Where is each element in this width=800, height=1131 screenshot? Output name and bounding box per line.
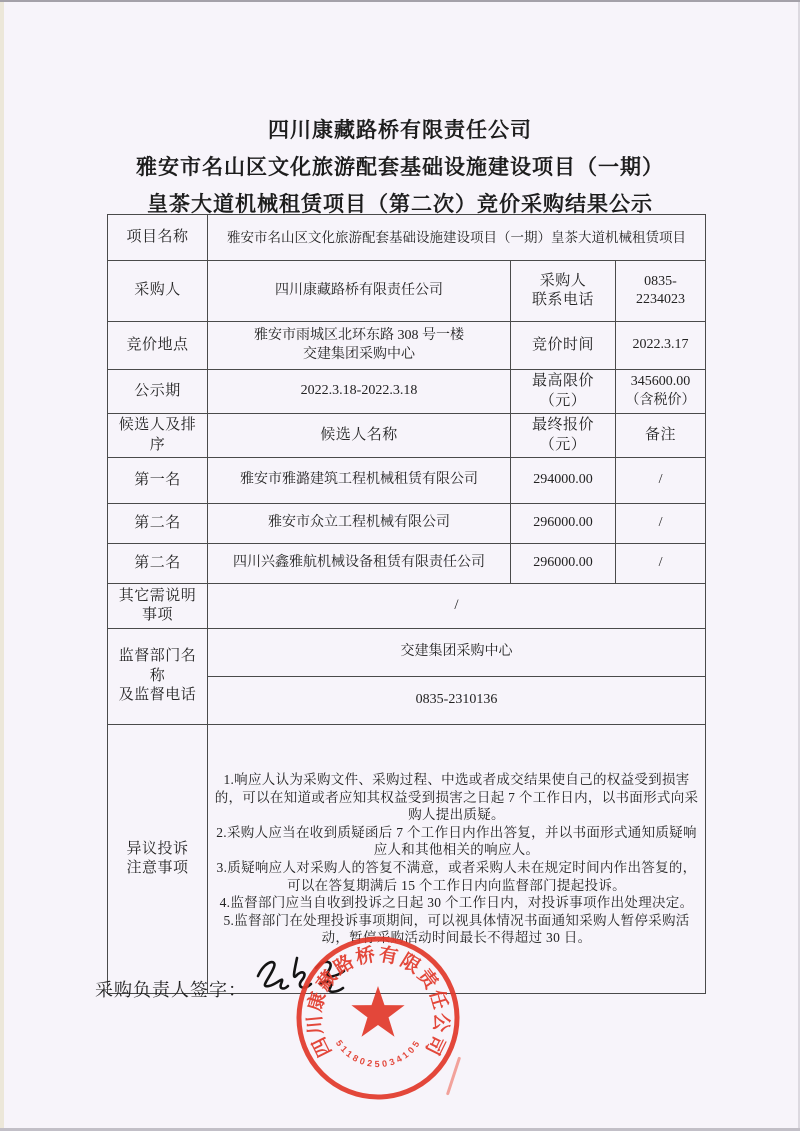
candidate-row: 第二名 雅安市众立工程机械有限公司 296000.00 / <box>108 504 706 544</box>
scan-edge-top <box>0 0 800 2</box>
company-title: 四川康藏路桥有限责任公司 <box>90 112 710 149</box>
purchaser-phone-label: 采购人 联系电话 <box>511 261 616 322</box>
document-titles: 四川康藏路桥有限责任公司 雅安市名山区文化旅游配套基础设施建设项目（一期） 皇茶… <box>90 112 710 223</box>
company-seal: 四川康藏路桥有限责任公司 5118025034105 <box>292 932 464 1104</box>
other-notes-label-line2: 事项 <box>113 606 202 626</box>
note-item: 1.响应人认为采购文件、采购过程、中选或者成交结果使自己的权益受到损害的，可以在… <box>213 771 700 824</box>
objection-notes-label-line1: 异议投诉 <box>113 840 202 860</box>
objection-notes-label: 异议投诉 注意事项 <box>108 725 208 994</box>
candidate-name: 四川兴鑫雅航机械设备租赁有限责任公司 <box>208 544 511 584</box>
supervision-dept-value: 交建集团采购中心 <box>208 629 706 677</box>
scan-edge-left <box>0 0 4 1131</box>
candidate-rank: 第一名 <box>108 458 208 504</box>
project-name-value: 雅安市名山区文化旅游配套基础设施建设项目（一期）皇茶大道机械租赁项目 <box>208 215 706 261</box>
supervision-label: 监督部门名称 及监督电话 <box>108 629 208 725</box>
project-name-label: 项目名称 <box>108 215 208 261</box>
candidate-rank: 第二名 <box>108 504 208 544</box>
max-price-note: （含税价） <box>621 392 700 410</box>
candidate-remark: / <box>616 504 706 544</box>
remark-header: 备注 <box>616 414 706 458</box>
seal-number: 5118025034105 <box>334 1037 423 1069</box>
supervision-label-line2: 及监督电话 <box>113 686 202 706</box>
final-price-header-line1: 最终报价 <box>516 416 610 436</box>
candidate-row: 第二名 四川兴鑫雅航机械设备租赁有限责任公司 296000.00 / <box>108 544 706 584</box>
purchaser-phone-value: 0835-2234023 <box>616 261 706 322</box>
bidding-time-label: 竞价时间 <box>511 322 616 370</box>
bidding-place-line2: 交建集团采购中心 <box>213 346 505 364</box>
supervision-label-line1: 监督部门名称 <box>113 647 202 686</box>
note-item: 2.采购人应当在收到质疑函后 7 个工作日内作出答复，并以书面形式通知质疑响应人… <box>213 824 700 859</box>
project-title: 雅安市名山区文化旅游配套基础设施建设项目（一期） <box>90 149 710 186</box>
candidate-price: 294000.00 <box>511 458 616 504</box>
table-row: 其它需说明 事项 / <box>108 584 706 629</box>
table-row: 竞价地点 雅安市雨城区北环东路 308 号一楼 交建集团采购中心 竞价时间 20… <box>108 322 706 370</box>
bidding-place-label: 竞价地点 <box>108 322 208 370</box>
purchaser-phone-label-line1: 采购人 <box>516 272 610 292</box>
final-price-header: 最终报价 （元） <box>511 414 616 458</box>
candidate-name: 雅安市众立工程机械有限公司 <box>208 504 511 544</box>
candidate-remark: / <box>616 544 706 584</box>
supervision-phone-value: 0835-2310136 <box>208 677 706 725</box>
table-row: 公示期 2022.3.18-2022.3.18 最高限价 （元） 345600.… <box>108 370 706 414</box>
table-row: 项目名称 雅安市名山区文化旅游配套基础设施建设项目（一期）皇茶大道机械租赁项目 <box>108 215 706 261</box>
other-notes-value: / <box>208 584 706 629</box>
seal-number-textpath: 5118025034105 <box>334 1037 423 1069</box>
max-price-amount: 345600.00 <box>621 373 700 391</box>
max-price-value: 345600.00 （含税价） <box>616 370 706 414</box>
table-row: 监督部门名称 及监督电话 交建集团采购中心 <box>108 629 706 677</box>
bidding-place-line1: 雅安市雨城区北环东路 308 号一楼 <box>213 327 505 345</box>
candidate-name: 雅安市雅潞建筑工程机械租赁有限公司 <box>208 458 511 504</box>
candidate-row: 第一名 雅安市雅潞建筑工程机械租赁有限公司 294000.00 / <box>108 458 706 504</box>
final-price-header-line2: （元） <box>516 436 610 456</box>
max-price-label: 最高限价 （元） <box>511 370 616 414</box>
table-header-row: 候选人及排序 候选人名称 最终报价 （元） 备注 <box>108 414 706 458</box>
candidate-remark: / <box>616 458 706 504</box>
candidate-name-header: 候选人名称 <box>208 414 511 458</box>
candidate-rank: 第二名 <box>108 544 208 584</box>
purchaser-label: 采购人 <box>108 261 208 322</box>
bidding-time-value: 2022.3.17 <box>616 322 706 370</box>
purchaser-value: 四川康藏路桥有限责任公司 <box>208 261 511 322</box>
other-notes-label-line1: 其它需说明 <box>113 587 202 607</box>
seal-star-icon <box>351 986 404 1037</box>
max-price-label-line1: 最高限价 <box>516 372 610 392</box>
candidate-price: 296000.00 <box>511 544 616 584</box>
note-item: 4.监督部门应当自收到投诉之日起 30 个工作日内，对投诉事项作出处理决定。 <box>213 894 700 912</box>
publicity-period-value: 2022.3.18-2022.3.18 <box>208 370 511 414</box>
sign-label: 采购负责人签字： <box>95 976 247 1002</box>
other-notes-label: 其它需说明 事项 <box>108 584 208 629</box>
candidate-price: 296000.00 <box>511 504 616 544</box>
purchaser-phone-label-line2: 联系电话 <box>516 291 610 311</box>
note-item: 3.质疑响应人对采购人的答复不满意，或者采购人未在规定时间内作出答复的，可以在答… <box>213 859 700 894</box>
table-row: 采购人 四川康藏路桥有限责任公司 采购人 联系电话 0835-2234023 <box>108 261 706 322</box>
publicity-period-label: 公示期 <box>108 370 208 414</box>
max-price-label-line2: （元） <box>516 392 610 412</box>
candidate-rank-header: 候选人及排序 <box>108 414 208 458</box>
procurement-result-table: 项目名称 雅安市名山区文化旅游配套基础设施建设项目（一期）皇茶大道机械租赁项目 … <box>107 214 706 994</box>
bidding-place-value: 雅安市雨城区北环东路 308 号一楼 交建集团采购中心 <box>208 322 511 370</box>
objection-notes-label-line2: 注意事项 <box>113 859 202 879</box>
